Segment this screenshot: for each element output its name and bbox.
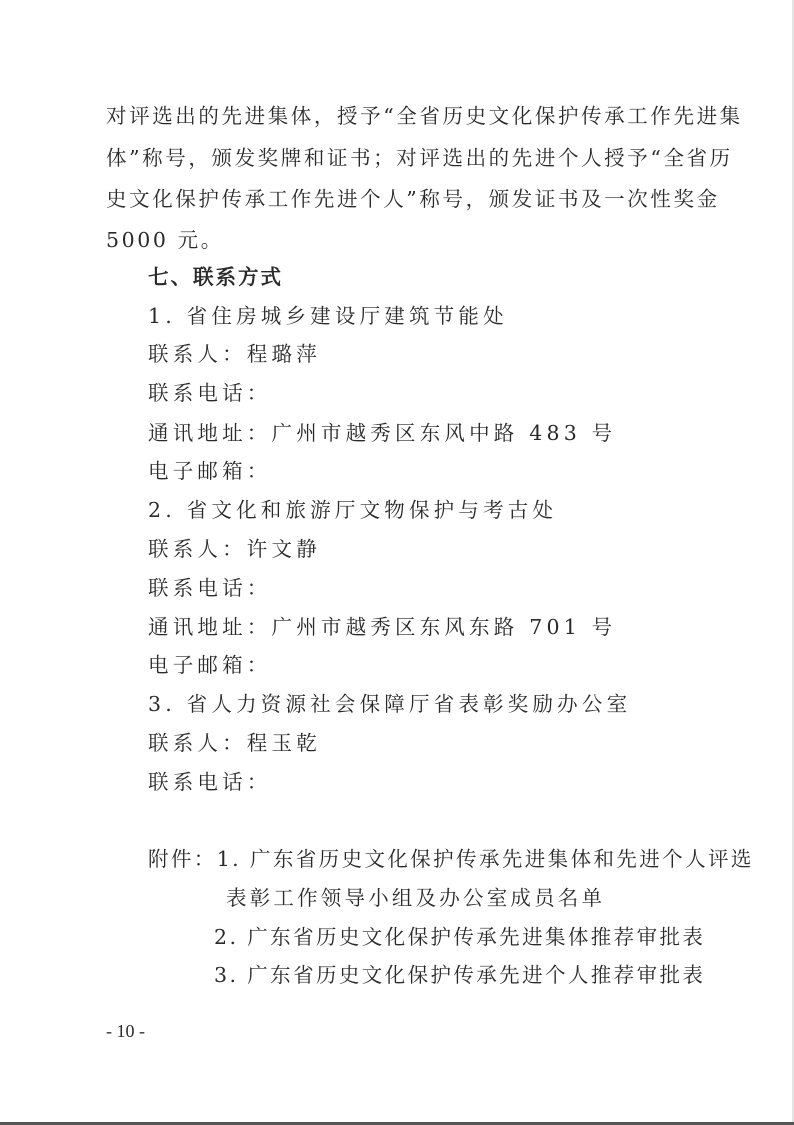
contact-2-person: 联系人：许文静 — [148, 536, 321, 562]
attachments-block: 附件：1. 广东省历史文化保护传承先进集体和先进个人评选 — [148, 846, 754, 872]
contact-2-phone: 联系电话： — [148, 575, 272, 601]
intro-line-1: 对评选出的先进集体，授予“全省历史文化保护传承工作先进集 — [106, 103, 743, 129]
contact-1-org: 1. 省住房城乡建设厅建筑节能处 — [148, 303, 508, 329]
contact-2-org: 2. 省文化和旅游厅文物保护与考古处 — [148, 497, 557, 523]
intro-line-2: 体”称号，颁发奖牌和证书；对评选出的先进个人授予“全省历 — [106, 145, 733, 171]
attachment-item-1: 1. 广东省历史文化保护传承先进集体和先进个人评选 — [217, 847, 754, 871]
intro-line-4: 5000 元。 — [106, 227, 224, 253]
attachment-item-1-cont: 表彰工作领导小组及办公室成员名单 — [226, 885, 605, 911]
contact-1-phone: 联系电话： — [148, 380, 272, 406]
contact-3-phone: 联系电话： — [148, 769, 272, 795]
contact-1-address: 通讯地址：广州市越秀区东风中路 483 号 — [148, 420, 616, 446]
contact-3-person: 联系人：程玉乾 — [148, 730, 321, 756]
contact-3-org: 3. 省人力资源社会保障厅省表彰奖励办公室 — [148, 691, 631, 717]
contact-2-address: 通讯地址：广州市越秀区东风东路 701 号 — [148, 614, 616, 640]
section-heading: 七、联系方式 — [148, 264, 283, 290]
attachments-label: 附件： — [148, 847, 217, 871]
contact-2-email: 电子邮箱： — [148, 652, 272, 678]
intro-line-3: 史文化保护传承工作先进个人”称号，颁发证书及一次性奖金 — [106, 186, 720, 212]
contact-1-person: 联系人：程璐萍 — [148, 341, 321, 367]
page-number: - 10 - — [106, 1021, 145, 1042]
document-page: 对评选出的先进集体，授予“全省历史文化保护传承工作先进集 体”称号，颁发奖牌和证… — [0, 0, 794, 1125]
attachment-item-3: 3. 广东省历史文化保护传承先进个人推荐审批表 — [214, 962, 705, 988]
attachment-item-2: 2. 广东省历史文化保护传承先进集体推荐审批表 — [214, 924, 705, 950]
contact-1-email: 电子邮箱： — [148, 458, 272, 484]
